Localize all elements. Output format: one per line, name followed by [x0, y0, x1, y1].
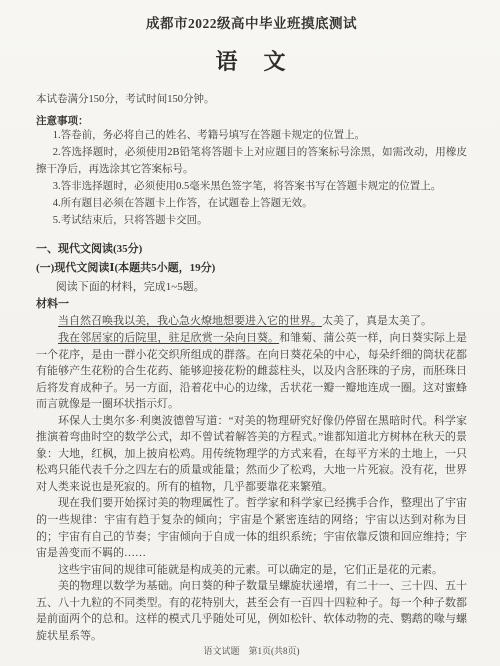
material-paragraph: 这些宇宙间的规律可能就是构成美的元素。可以确定的是，它们正是花的元素。 — [36, 562, 467, 579]
notice-item: 1.答卷前，务必将自己的姓名、考籍号填写在答题卡规定的位置上。 — [36, 128, 467, 145]
material-paragraph: 美的物理以数学为基础。向日葵的种子数量呈螺旋状递增，有二十一、三十四、五十五、八… — [36, 578, 467, 644]
notice-item: 4.所有题目必须在答题卡上作答，在试题卷上答题无效。 — [36, 196, 467, 213]
header: 成都市2022级高中毕业班摸底测试 语 文 — [36, 8, 467, 76]
material-paragraph: 我在邻居家的后院里，驻足欣赏一朵向日葵。和雏菊、蒲公英一样，向日葵实际上是一个花… — [36, 330, 467, 413]
page-number: 语文试题 第1页(共8页) — [204, 646, 300, 656]
notice-item: 2.答选择题时，必须使用2B铅笔将答题卡上对应题目的答案标号涂黑，如需改动，用橡… — [36, 145, 467, 179]
paragraph-text: 这些宇宙间的规律可能就是构成美的元素。可以确定的是，它们正是花的元素。 — [58, 564, 443, 576]
footer: 语文试题 第1页(共8页) — [36, 644, 467, 657]
underlined-text: 我在邻居家的后院里，驻足欣赏一朵向日葵。 — [58, 332, 279, 344]
paragraph-text: 现在我们要开始探讨美的物理属性了。哲学家和科学家已经携手合作，整理出了宇宙的一些… — [36, 497, 467, 559]
notice-item: 5.考试结束后，只将答题卡交回。 — [36, 213, 467, 230]
reading-section: 一、现代文阅读(35分) (一)现代文阅读Ⅰ(本题共5小题，19分) 阅读下面的… — [36, 240, 467, 644]
subject-title: 语 文 — [36, 45, 467, 76]
material-paragraph: 环保人士奥尔多·利奥波德曾写道：“对美的物理研究好像仍停留在黑暗时代。科学家推演… — [36, 413, 467, 496]
material-paragraph: 当自然召唤我以美，我心急火燎地想要进入它的世界。太美了，真是太美了。 — [36, 313, 467, 330]
material-paragraphs: 当自然召唤我以美，我心急火燎地想要进入它的世界。太美了，真是太美了。我在邻居家的… — [36, 313, 467, 644]
underlined-text: 当自然召唤我以美，我心急火燎地想要进入它的世界。 — [58, 315, 322, 327]
notice-section: 注意事项： 1.答卷前，务必将自己的姓名、考籍号填写在答题卡规定的位置上。2.答… — [36, 106, 467, 229]
subsection-title: (一)现代文阅读Ⅰ(本题共5小题，19分) — [36, 259, 467, 277]
exam-paper-page: 成都市2022级高中毕业班摸底测试 语 文 本试卷满分150分，考试时间150分… — [0, 0, 500, 666]
material-paragraph: 现在我们要开始探讨美的物理属性了。哲学家和科学家已经携手合作，整理出了宇宙的一些… — [36, 495, 467, 561]
notice-item: 3.答非选择题时，必须使用0.5毫米黑色签字笔，将答案书写在答题卡规定的位置上。 — [36, 179, 467, 196]
test-title: 成都市2022级高中毕业班摸底测试 — [36, 12, 467, 32]
paragraph-text: 环保人士奥尔多·利奥波德曾写道：“对美的物理研究好像仍停留在黑暗时代。科学家推演… — [36, 415, 467, 493]
material-label: 材料一 — [36, 296, 467, 313]
section-title: 一、现代文阅读(35分) — [36, 240, 467, 258]
notice-list: 1.答卷前，务必将自己的姓名、考籍号填写在答题卡规定的位置上。2.答选择题时，必… — [36, 128, 467, 229]
exam-info: 本试卷满分150分，考试时间150分钟。 — [36, 91, 467, 106]
paragraph-text: 太美了，真是太美了。 — [322, 315, 432, 327]
notice-heading: 注意事项： — [36, 113, 467, 128]
reading-instruction: 阅读下面的材料，完成1~5题。 — [36, 278, 467, 296]
paragraph-text: 美的物理以数学为基础。向日葵的种子数量呈螺旋状递增，有二十一、三十四、五十五、八… — [36, 580, 467, 642]
